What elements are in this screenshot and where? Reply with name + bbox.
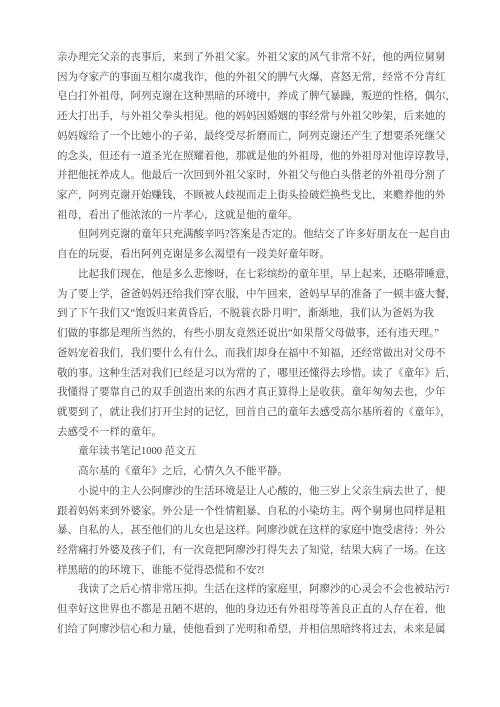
- text-line: 小说中的主人公阿廖沙的生活环境是让人心酸的，他三岁上父亲生病去世了，便: [57, 482, 449, 502]
- text-line: 的念头，但还有一道圣光在照耀着他，那就是他的外祖母，他的外祖母对他谆谆教导，: [57, 147, 449, 167]
- text-line: 为了要上学，爸爸妈妈还给我们穿衣服，中午回来，爸妈早早的准备了一顿丰盛大餐，: [57, 285, 449, 305]
- text-line: 爸妈宠着我们，我们要什么有什么，而我们却身在福中不知福，还经常做出对父母不: [57, 344, 449, 364]
- text-line: 去感受不一样的童年。: [57, 423, 449, 443]
- text-line: 们做的事都是理所当然的，有些小朋友竟然还说出“如果帮父母做事，还有违天理。”: [57, 324, 449, 344]
- text-line: 妈妈嫁给了一个比她小的子弟，最终受尽折磨而亡，阿列克谢还产生了想要杀死继父: [57, 127, 449, 147]
- document-text: 亲办理完父亲的丧事后，来到了外祖父家。外祖父家的风气非常不好，他的两位舅舅因为夺…: [57, 48, 449, 640]
- text-line: 亲办理完父亲的丧事后，来到了外祖父家。外祖父家的风气非常不好，他的两位舅舅: [57, 48, 449, 68]
- text-line: 祖母，看出了他浓浓的一片孝心，这就是他的童年。: [57, 206, 449, 226]
- text-line: 们给了阿廖沙信心和力量，使他看到了光明和希望，并相信黑暗终将过去，未来是属: [57, 620, 449, 640]
- document-page: 亲办理完父亲的丧事后，来到了外祖父家。外祖父家的风气非常不好，他的两位舅舅因为夺…: [0, 0, 500, 707]
- text-line: 跟着妈妈来到外婆家。外公是一个性情粗暴、自私的小染坊主。两个舅舅也同样是粗: [57, 502, 449, 522]
- text-line: 我懂得了要靠自己的双手创造出来的东西才真正算得上是收获。童年匆匆去也，少年: [57, 383, 449, 403]
- text-line: 皂白打外祖母，阿列克谢在这种黑暗的环境中，养成了脾气暴躁，叛逆的性格，偶尔，: [57, 87, 449, 107]
- text-line: 还大打出手，与外祖父拳头相见。他的妈妈因婚姻的事经常与外祖父吵架，后来她的: [57, 107, 449, 127]
- text-line: 家产，阿列克谢开始赚钱，不顾被人歧视而走上街头捡破烂换些戈比，来赡养他的外: [57, 186, 449, 206]
- section-heading-line: 童年读书笔记1000 范文五: [57, 442, 449, 462]
- text-line: 样黑暗的的环境下，谁能不觉得恐慌和不安?!: [57, 561, 449, 581]
- text-line: 自在的玩耍，看出阿列克谢是多么渴望有一段美好童年呀。: [57, 245, 449, 265]
- text-line: 经常痛打外婆及孩子们，有一次竟把阿廖沙打得失去了知觉，结果大病了一场。在这: [57, 541, 449, 561]
- text-line: 暴、自私的人，甚至他们的儿女也是这样。阿廖沙就在这样的家庭中饱受虐待：外公: [57, 521, 449, 541]
- text-line: 我读了之后心情非常压抑。生活在这样的家庭里，阿廖沙的心灵会不会也被玷污?: [57, 580, 449, 600]
- text-line: 就要到了，就让我们打开尘封的记忆，回首自己的童年去感受高尔基所着的《童年》，: [57, 403, 449, 423]
- text-line: 高尔基的《童年》之后，心情久久不能平静。: [57, 462, 449, 482]
- text-line: 因为夺家产的事面互相尔虞我诈，他的外祖父的脾气火爆，喜怒无常，经常不分青红: [57, 68, 449, 88]
- text-line: 但阿列克谢的童年只充满酸辛吗?答案是否定的。他结交了许多好朋友在一起自由: [57, 225, 449, 245]
- text-line: 到了下午我们又“饱饭归来黄昏后，不脱蓑衣卧月明”，渐渐地，我们认为爸妈为我: [57, 304, 449, 324]
- text-line: 比起我们现在，他是多么悲惨呀，在七彩缤纷的童年里，早上起来，还略带睡意，: [57, 265, 449, 285]
- text-line: 敬的事。这种生活对我们已经是习以为常的了，哪里还懂得去珍惜。读了《童年》后，: [57, 364, 449, 384]
- text-line: 并把他抚养成人。他最后一次回到外祖父家时，外祖父与他白头偕老的外祖母分割了: [57, 166, 449, 186]
- text-line: 但幸好这世界也不都是丑陋不堪的，他的身边还有外祖母等善良正直的人存在着，他: [57, 600, 449, 620]
